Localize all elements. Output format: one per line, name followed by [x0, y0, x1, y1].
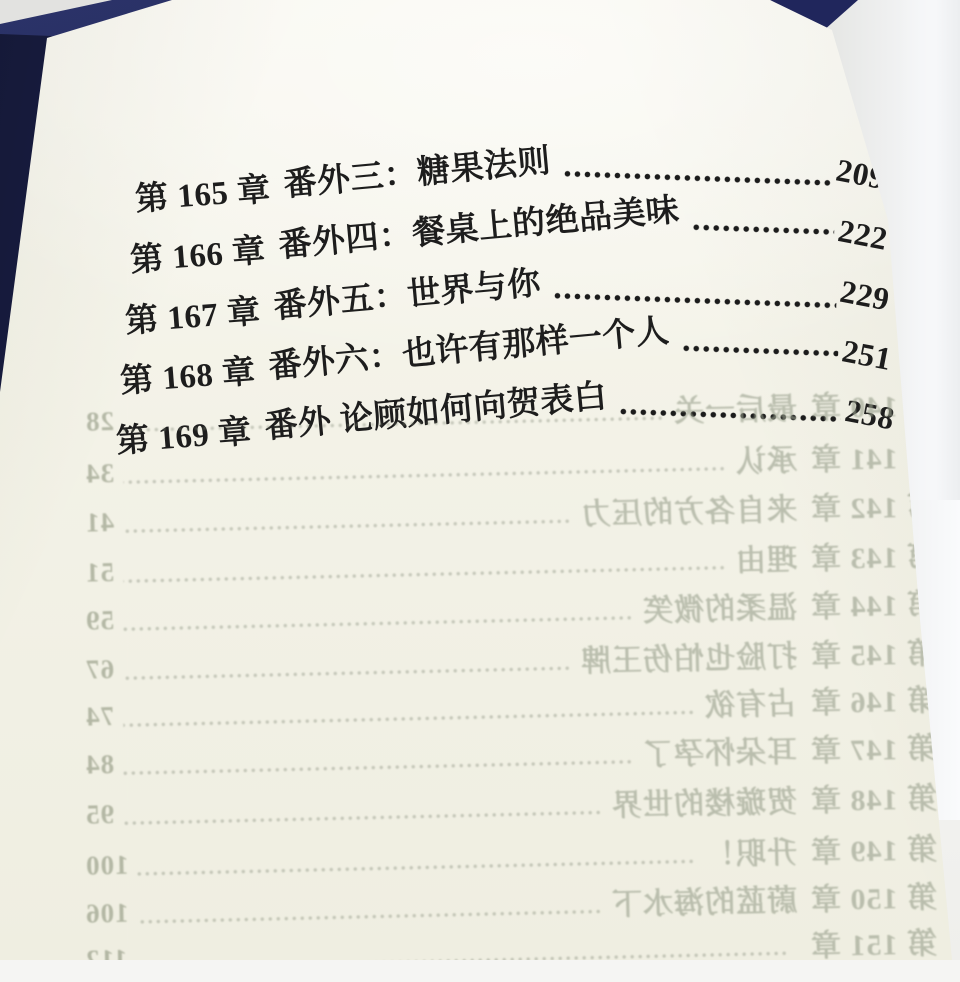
chapter-title: 来自各方的压力 [579, 485, 797, 534]
page-number: 67 [85, 654, 115, 686]
chapter-prefix: 第 150 章 [809, 872, 937, 919]
chapter-title: 最后一关 [672, 384, 797, 431]
chapter-prefix: 第 148 章 [809, 773, 937, 820]
dot-leader [138, 908, 602, 924]
dot-leader [123, 615, 633, 632]
chapter-title: 占有欲 [703, 679, 797, 725]
chapter-prefix: 第 168 章 [118, 345, 257, 402]
dot-leader [123, 518, 571, 533]
dot-leader [123, 709, 695, 727]
chapter-prefix: 第 165 章 [133, 163, 272, 220]
chapter-prefix: 第 151 章 [809, 918, 937, 960]
chapter-title: 打脸也怕伤王牌 [579, 632, 797, 681]
dot-leader [681, 344, 838, 356]
chapter-prefix: 第 147 章 [809, 723, 937, 770]
chapter-title: 贺璇楼的世界 [610, 777, 797, 825]
chapter-prefix: 第 146 章 [809, 675, 937, 722]
page-curl-highlight [900, 0, 960, 500]
page-number: 112 [85, 943, 128, 960]
chapter-title: 耳朵怀孕了 [641, 727, 797, 775]
showthrough-row-ch142: 第 142 章 来自各方的压力 41 [85, 485, 938, 540]
page-number: 106 [85, 897, 129, 929]
page-number: 34 [85, 458, 115, 490]
dot-leader [138, 858, 695, 876]
chapter-prefix: 第 149 章 [809, 824, 937, 871]
dot-leader [552, 292, 836, 309]
dot-leader [123, 665, 571, 680]
page-number: 59 [85, 605, 115, 637]
dot-leader [562, 170, 832, 186]
dot-leader [136, 950, 788, 960]
chapter-prefix: 第 166 章 [128, 224, 267, 281]
chapter-title: 番外三：糖果法则 [281, 134, 552, 205]
chapter-title: 理由 [734, 535, 797, 580]
chapter-title: 承认 [734, 436, 797, 481]
chapter-title: 升职！ [703, 828, 797, 874]
showthrough-row-ch148: 第 148 章 贺璇楼的世界 95 [85, 777, 938, 832]
chapter-prefix: 第 167 章 [123, 285, 262, 342]
page-number: 95 [85, 799, 115, 831]
page-number: 28 [85, 406, 115, 438]
book-photo-scene: 第 165 章 番外三：糖果法则 209 第 166 章 番外四：餐桌上的绝品美… [0, 0, 960, 960]
page-number: 51 [85, 557, 115, 589]
page-number: 74 [85, 701, 115, 733]
showthrough-row-ch147: 第 147 章 耳朵怀孕了 84 [85, 727, 938, 782]
dot-leader [123, 809, 602, 825]
dot-leader [123, 565, 726, 584]
chapter-title: 温柔的微笑 [641, 583, 797, 631]
page-number: 41 [85, 507, 115, 539]
page-number: 84 [85, 749, 115, 781]
dot-leader [123, 466, 726, 485]
page-number: 100 [85, 849, 129, 881]
contents-page: 第 165 章 番外三：糖果法则 209 第 166 章 番外四：餐桌上的绝品美… [0, 0, 960, 960]
dot-leader [123, 759, 633, 776]
dot-leader [691, 223, 834, 235]
chapter-prefix: 第 145 章 [809, 628, 937, 675]
chapter-title: 蔚蓝的海水下 [610, 876, 797, 924]
